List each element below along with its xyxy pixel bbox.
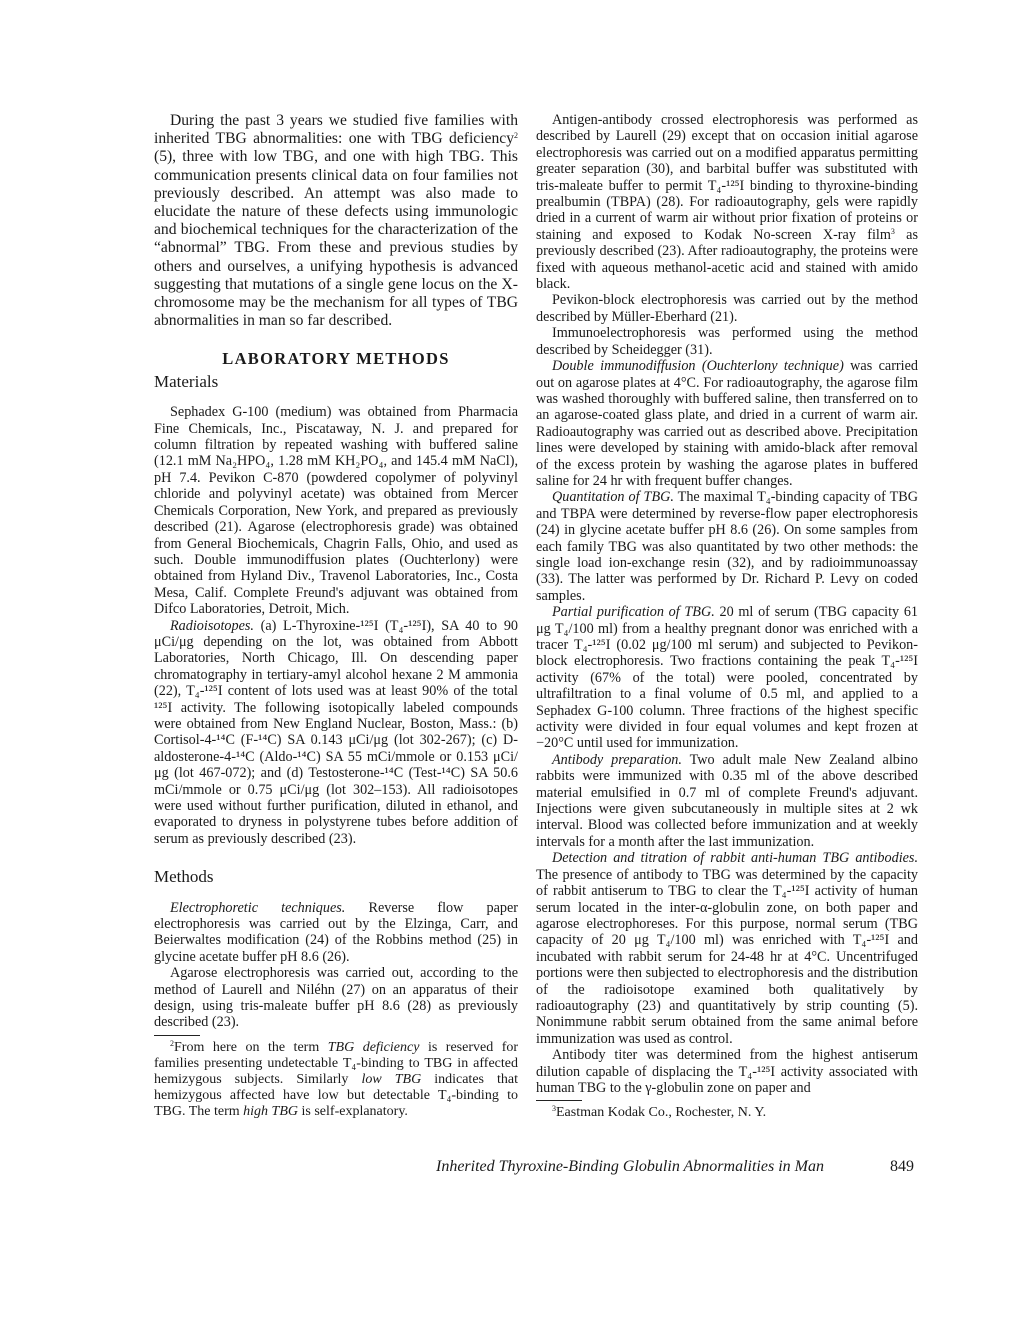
- pevikon-paragraph: Pevikon-block electrophoresis was carrie…: [536, 292, 918, 325]
- antibody-preparation-paragraph: Antibody preparation. Two adult male New…: [536, 752, 918, 850]
- footnote-term: high TBG: [243, 1104, 298, 1119]
- partial-purification-paragraph: Partial purification of TBG. 20 ml of se…: [536, 604, 918, 752]
- footnote-text: Eastman Kodak Co., Rochester, N. Y.: [556, 1105, 766, 1120]
- page-number: 849: [890, 1158, 914, 1176]
- intro-paragraph: During the past 3 years we studied five …: [154, 112, 518, 330]
- footnote-mark: 3: [891, 227, 895, 236]
- crossed-electrophoresis-paragraph: Antigen-antibody crossed electrophoresis…: [536, 112, 918, 292]
- intro-text-rest: (5), three with low TBG, and one with hi…: [154, 148, 518, 329]
- footnote-3: 3Eastman Kodak Co., Rochester, N. Y.: [536, 1105, 918, 1121]
- electrophoretic-paragraph: Electrophoretic techniques. Reverse flow…: [154, 900, 518, 966]
- radioisotopes-label: Radioisotopes.: [170, 618, 254, 634]
- detection-titration-label: Detection and titration of rabbit anti-h…: [552, 850, 918, 866]
- double-immunodiffusion-paragraph: Double immunodiffusion (Ouchterlony tech…: [536, 358, 918, 489]
- materials-paragraph: Sephadex G-100 (medium) was obtained fro…: [154, 404, 518, 617]
- radioisotopes-paragraph: Radioisotopes. (a) L-Thyroxine-¹²⁵I (T₄-…: [154, 618, 518, 848]
- intro-text: During the past 3 years we studied five …: [154, 112, 518, 147]
- footnote-2: 2From here on the term TBG deficiency is…: [154, 1040, 518, 1120]
- section-title: LABORATORY METHODS: [154, 351, 518, 367]
- paragraph-text: was carried out on agarose plates at 4°C…: [536, 358, 918, 489]
- detection-titration-paragraph: Detection and titration of rabbit anti-h…: [536, 850, 918, 1047]
- paragraph-text: 20 ml of serum (TBG capacity 61 μg T₄/10…: [536, 604, 918, 751]
- paragraph-text: The presence of antibody to TBG was dete…: [536, 867, 918, 1047]
- agarose-paragraph: Agarose electrophoresis was carried out,…: [154, 965, 518, 1031]
- paragraph-text: Antigen-antibody crossed electrophoresis…: [536, 112, 918, 243]
- footnote-text: is self-explanatory.: [302, 1104, 408, 1119]
- footnote-divider: [536, 1100, 582, 1101]
- footnote-divider: [154, 1035, 200, 1036]
- antibody-preparation-label: Antibody preparation.: [552, 752, 682, 768]
- left-column: During the past 3 years we studied five …: [154, 112, 518, 1120]
- paragraph-text: The maximal T₄-binding capacity of TBG a…: [536, 489, 918, 603]
- antibody-titer-paragraph: Antibody titer was determined from the h…: [536, 1047, 918, 1096]
- immunoelectrophoresis-paragraph: Immunoelectrophoresis was performed usin…: [536, 325, 918, 358]
- double-immunodiffusion-label: Double immunodiffusion: [552, 358, 696, 374]
- radioisotopes-text: (a) L-Thyroxine-¹²⁵I (T₄-¹²⁵I), SA 40 to…: [154, 618, 518, 847]
- partial-purification-label: Partial purification of TBG.: [552, 604, 715, 620]
- quantitation-paragraph: Quantitation of TBG. The maximal T₄-bind…: [536, 489, 918, 604]
- footnote-term: TBG deficiency: [328, 1040, 420, 1055]
- right-column: Antigen-antibody crossed electrophoresis…: [536, 112, 918, 1121]
- running-title: Inherited Thyroxine-Binding Globulin Abn…: [436, 1158, 824, 1176]
- quantitation-label: Quantitation of TBG.: [552, 489, 674, 505]
- electrophoretic-label: Electrophoretic techniques.: [170, 900, 345, 916]
- double-immunodiffusion-paren: (Ouchterlony technique): [702, 358, 844, 374]
- materials-heading: Materials: [154, 374, 518, 390]
- footnote-text: From here on the term: [174, 1040, 319, 1055]
- footnote-term: low TBG: [361, 1072, 421, 1087]
- footnote-mark: 2: [514, 131, 518, 140]
- methods-heading: Methods: [154, 869, 518, 885]
